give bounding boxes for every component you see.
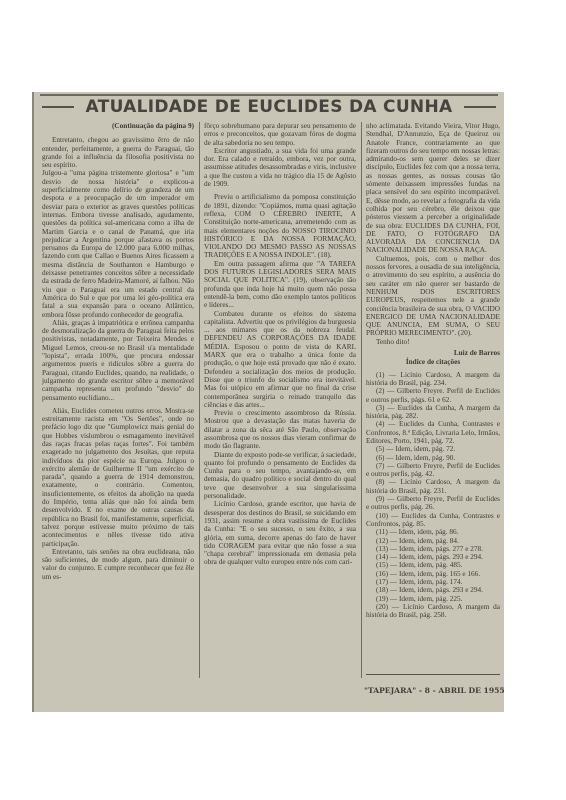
citation: (1) — Licínio Cardoso, A margem da histó… (366, 371, 500, 388)
column-divider (361, 122, 362, 678)
citation: (5) — Idem, idem, pág. 72. (366, 445, 500, 453)
paragraph: Escritor angustiado, a sua vida foi uma … (204, 147, 356, 188)
citation-index-title: Índice de citações (366, 358, 500, 366)
citation: (10) — Euclides da Cunha, Contrastes e C… (366, 512, 500, 529)
citation: (12) — Idem, idem, pág. 84. (366, 537, 500, 545)
paragraph: Previu o artificialismo da pomposa const… (204, 193, 356, 259)
citation: (15) — Idem, idem, pág. 485. (366, 561, 500, 569)
headline-dash-right (464, 106, 496, 108)
continuation-note: (Continuação da página 9) (42, 122, 194, 130)
publication-footer: "TAPEJARA" - 8 - ABRIL DE 1955 (364, 686, 502, 695)
citation: (11) — Idem, idem, pág. 86. (366, 528, 500, 536)
newspaper-clipping: ATUALIDADE DE EUCLIDES DA CUNHA (Continu… (32, 92, 504, 712)
column-1: (Continuação da página 9) Entretanto, ch… (42, 122, 194, 581)
citation: (6) — Idem, idem, pág. 90. (366, 454, 500, 462)
paragraph: Previu o crescimento assombroso da Rússi… (204, 409, 356, 450)
footer-rule (366, 674, 500, 675)
citation: (3) — Euclides da Cunha, A margem da his… (366, 404, 500, 421)
citation: (4) — Euclides da Cunha, Contrastes e Co… (366, 420, 500, 445)
citation: (2) — Gilberto Freyre. Perfil de Euclide… (366, 387, 500, 404)
paragraph: Tenho dito! (366, 338, 500, 346)
paragraph: Aliás, Euclides cometeu outros erros. Mo… (42, 407, 194, 548)
citation: (8) — Licínio Cardoso, A margem da histó… (366, 478, 500, 495)
citation: (7) — Gilberto Freyre, Perfil de Euclide… (366, 462, 500, 479)
citation: (16) — Idem, idem, pág. 165 e 166. (366, 570, 500, 578)
column-2: fôrço sobrehumano para depurar seu pensa… (204, 122, 356, 567)
paragraph: Julgou-a "uma página tristemente glorios… (42, 169, 194, 318)
citation: (17) — Idem, idem, pág. 174. (366, 578, 500, 586)
top-rule (40, 94, 498, 96)
citation: (19) — Idem, idem, pág. 225. (366, 595, 500, 603)
paragraph: Diante do exposto pode-se verificar, à s… (204, 451, 356, 501)
citation: (14) — Idem, idem, págs. 293 e 294. (366, 553, 500, 561)
citation: (13) — Idem, idem, págs. 277 e 278. (366, 545, 500, 553)
citation: (20) — Licínio Cardoso, A margem da hist… (366, 603, 500, 620)
paragraph: fôrço sobrehumano para depurar seu pensa… (204, 122, 356, 147)
paragraph: Licínio Cardoso, grande escritor, que ha… (204, 500, 356, 566)
paragraph: Entretanto, chegou ao gravíssimo êrro de… (42, 136, 194, 169)
paragraph: Combateu durante os efeitos do sistema c… (204, 310, 356, 410)
paragraph: Aliás, graças à impatriótica e errônea c… (42, 319, 194, 402)
citation: (9) — Gilberto Freyre, Perfil de Euclide… (366, 495, 500, 512)
headline: ATUALIDADE DE EUCLIDES DA CUNHA (34, 97, 504, 121)
paragraph: Entretanto, tais senões na obra euclidea… (42, 548, 194, 581)
column-3: nho aclimatada. Evitando Vieira, Vitor H… (366, 122, 500, 620)
paragraph: nho aclimatada. Evitando Vieira, Vitor H… (366, 122, 500, 255)
paragraph: Cultuemos, pois, com o melhor dos nossos… (366, 255, 500, 338)
column-divider (199, 122, 200, 678)
author-signature: Luiz de Barros (366, 349, 500, 357)
paragraph: Em outra passagem afirma que "A TAREFA D… (204, 260, 356, 310)
citation: (18) — Idem, idem, págs. 293 e 294. (366, 586, 500, 594)
